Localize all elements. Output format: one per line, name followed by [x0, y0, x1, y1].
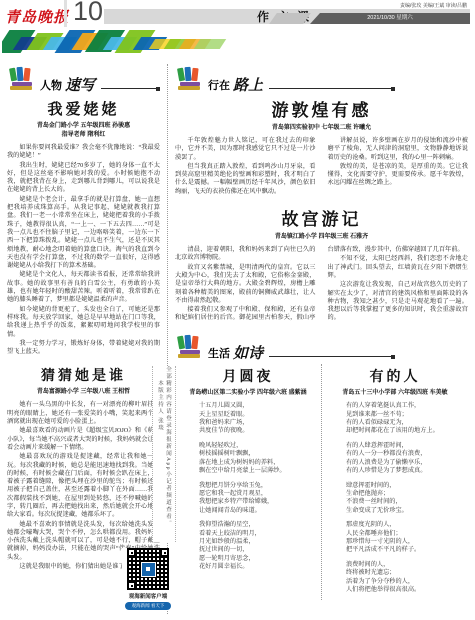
books-icon [175, 66, 205, 92]
badge-label-part1: 生活 [208, 349, 230, 360]
poem-stanzas: 有的人穿着笔挺认真工作，见到谁来都一丝不苟；有的人看似碌碌无为，却把时间都花在了… [326, 402, 464, 594]
decor-stripe [194, 39, 226, 49]
paragraph: 我一定努力学习，锻炼好身体，带着姥姥对我的期望飞上蓝天。 [7, 340, 160, 357]
poems-row: 月圆夜 青岛崂山区第二实验小学 四年级六班 盛紫涵 十五月儿圆又圆，天上星星眨着… [175, 364, 468, 600]
article-byline: 青岛金门路小学 五年级四班 孙骏惠 [7, 122, 160, 131]
article-byline: 青岛富源路小学 三年级八班 王相哲 [7, 388, 160, 397]
qr-finder-icon [127, 581, 136, 590]
books-icon [7, 66, 37, 92]
stanza: 十五月儿圆又圆，天上星星眨着眼。我和爸妈来广场，共度佳节的夜晚。 [199, 402, 317, 436]
paragraph: 敦煌的美，是苍凉的美，是厚重的美。它让我懂得，文化需要守护，更需要传承。愿千年敦… [328, 163, 469, 188]
badge-label-part1: 行在 [208, 81, 230, 92]
badge-underline [269, 88, 393, 89]
poem-stanzas: 十五月儿圆又圆，天上星星眨着眼。我和爸妈来广场，共度佳节的夜晚。晚风轻轻吹过，树… [179, 402, 317, 571]
poem-byline: 青岛五十三中小学部 六年级四班 车美敏 [326, 389, 464, 398]
qr-finder-icon [160, 548, 169, 557]
article-byline: 青岛第四实验初中 七年级二班 许曦允 [175, 124, 468, 133]
date-bar: 2021/10/30 星期六 [310, 13, 470, 24]
paragraph: 不知不觉，太阳已经西斜，我们恋恋不舍地走出了神武门。回头望去，红墙黄瓦在夕阳下熠… [328, 255, 469, 280]
stanza: 有的人穿着笔挺认真工作，见到谁来都一丝不苟；有的人看似碌碌无为，却把时间都花在了… [346, 402, 464, 436]
paragraph: 讲解员说，许多壁画在岁月的侵蚀和流沙中被磨平了棱角，无人问津的洞窟里，文物静静地… [328, 137, 469, 162]
section-badge-renwu-suxie: 人物 速写 [7, 64, 160, 92]
date-text: 2021/10/30 星期六 [367, 15, 413, 21]
article-byline: 青岛镇江路小学 四年级三班 石雅齐 [175, 233, 468, 242]
paragraph: 故宫又名紫禁城，是明清两代的皇宫。它以三大殿为中心，我们先去了太和殿，它俗称金銮… [175, 264, 316, 305]
article-byline-teacher: 指导老师 隋利红 [7, 131, 160, 140]
badge-label-part2: 路上 [233, 79, 263, 93]
qr-block: 观海新闻客户端 观海新闻 看天下 [122, 548, 174, 610]
qr-label: 观海新闻客户端 [122, 592, 174, 600]
page-host-credit: 本版主持人 张琰 [156, 380, 164, 432]
article-title-dunhuang: 游敦煌有感 [175, 96, 468, 121]
badge-label-part1: 人物 [40, 81, 62, 92]
editor-credits: 责编/张玫 美编/王斌 审读/吕鹏 [400, 2, 467, 9]
stanza: 晚风轻轻吹过，树枝摇摇树叶飘飘，落在地上成为树妈妈的养料，飘在空中给月亮蒙上一层… [199, 442, 317, 476]
books-icon [175, 334, 205, 360]
stanza: 那虚度光阴的人，人民全都唾弃他们；那珍惜每一寸光阴的人，把平凡活成不平凡的样子。 [346, 521, 464, 555]
left-column: 人物 速写 我爱姥姥 青岛金门路小学 五年级四班 孙骏惠 指导老师 隋利红 如果… [7, 64, 160, 616]
paragraph: 千年敦煌魅力世人铭记，可在我过去的印象中，它并不美，因为那时我感觉它只不过是一片… [175, 137, 316, 162]
stanza: 肆意挥霍时间的，生命把他抛弃；不浪费一丝时间的，生命变成了无价珍宝。 [346, 482, 464, 516]
article-body-dunhuang: 千年敦煌魅力世人铭记，可在我过去的印象中，它并不美，因为那时我感觉它只不过是一片… [175, 137, 468, 196]
page-number: 10 [64, 0, 103, 27]
paragraph: 如果你要问我最爱谁？我会毫不犹豫地说：“我最爱我的姥姥！” [7, 144, 160, 161]
paragraph: 她有一头乌黑的中长发，有一对漂亮的柳叶眉挂在明亮的眼睛上，她还有一张爱笑的小嘴，… [7, 401, 160, 426]
article-body-laolao: 如果你要问我最爱谁？我会毫不犹豫地说：“我最爱我的姥姥！”我出生时，姥姥已经70… [7, 144, 160, 356]
paragraph: 这次游览让我发现，自己对故宫悠久历史的了解实在太少了，对清宫的建筑风格和里面陈设… [328, 281, 469, 322]
paragraph: 她最喜欢玩的游戏是捉迷藏，经常让我和她一起玩。每次我藏的时候，她总是能迅速地找到… [7, 453, 160, 519]
qr-slogan-badge: 观海新闻 看天下 [125, 602, 171, 610]
paragraph: 她最喜欢看的动画片是《超级宝贝JOJO》和《萌鸡小队》，每当她不高兴或者大哭的时… [7, 427, 160, 452]
qr-center-logo-icon [141, 562, 156, 577]
section-badge-xingzai-lushang: 行在 路上 [175, 64, 395, 92]
stanza: 我仰望浩瀚的星空，看着天上皎洁的明月，月光如纱般的温柔，抚过世间的一切，愿一轮明… [199, 521, 317, 571]
newspaper-page: 青岛晚报 10 作文课 责编/张玫 美编/王斌 审读/吕鹏 2021/10/30… [0, 0, 475, 620]
poem-title: 有的人 [326, 366, 464, 386]
article-title-laolao: 我爱姥姥 [7, 98, 160, 119]
paragraph: 我出生时，姥姥已经70多岁了，她的身体一直不太好，但是这丝毫不影响她对我的爱。小… [7, 162, 160, 195]
poem-yueyuanye: 月圆夜 青岛崂山区第二实验小学 四年级六班 盛紫涵 十五月儿圆又圆，天上星星眨着… [175, 364, 321, 600]
article-title-caicai: 猜猜她是谁 [7, 365, 160, 385]
paragraph: 姥姥是个文化人，每天都读书看报，还常常给我讲故事。她的故事里有善良的白雪公主，有… [7, 271, 160, 304]
badge-underline [101, 88, 158, 89]
badge-underline [269, 356, 393, 357]
paragraph: 姥姥是个老会计，最拿手的就是打算盘，她一直想把我培养成珠算高手。从我记事起，姥姥… [7, 196, 160, 271]
app-note-text: 全部精彩内容请登录海报新闻App小记者频道查看。 [165, 366, 171, 527]
masthead-logo: 青岛晚报 [5, 6, 69, 27]
poem-title: 月圆夜 [179, 366, 317, 386]
badge-label-part2: 如诗 [233, 347, 263, 361]
decor-stripes [2, 30, 332, 58]
article-title-gugong: 故宫游记 [175, 205, 468, 230]
poem-youderen: 有的人 青岛五十三中小学部 六年级四班 车美敏 有的人穿着笔挺认真工作，见到谁来… [321, 364, 468, 600]
article-body-caicai: 她有一头乌黑的中长发，有一对漂亮的柳叶眉挂在明亮的眼睛上，她还有一张爱笑的小嘴，… [7, 401, 160, 571]
paragraph: 清晨，迎着朝阳，我和妈妈来到了向往已久的北京故宫博物院。 [175, 246, 316, 263]
qr-finder-icon [127, 548, 136, 557]
poem-byline: 青岛崂山区第二实验小学 四年级六班 盛紫涵 [179, 389, 317, 398]
qr-code [127, 548, 169, 590]
badge-label-part2: 速写 [65, 79, 95, 93]
paragraph: 如今姥姥的背更驼了，头发也全白了，可她还是那样疼我。每天放学回家，她总是早早地站… [7, 306, 160, 339]
paragraph: 但当我真正踏入敦煌，看到鸣沙山月牙泉，看到莫高窟里精美绝伦的壁画和彩塑时，我才明… [175, 163, 316, 196]
stanza: 有的人肆意挥霍时间，有的人一分一秒都没有浪费，有的人浪费是为了偷懒享乐，有的人珍… [346, 442, 464, 476]
section-badge-shenghuo-rushi: 生活 如诗 [175, 332, 395, 360]
stanza: 浪费时间的人，终将被时光遗忘；活着为了争分夺秒的人，人们将把他举得很高很高。 [346, 561, 464, 595]
main-column: 行在 路上 游敦煌有感 青岛第四实验初中 七年级二班 许曦允 千年敦煌魅力世人铭… [175, 64, 468, 616]
stanza: 我想把月饼分享给玉兔，愿它和我一起赏月观星，我想把家乡特产带给嫦娥，让她闻闻青岛… [199, 482, 317, 516]
app-note: 全部精彩内容请登录海报新闻App小记者频道查看。 本版主持人 张琰 [152, 366, 176, 542]
article-body-gugong: 清晨，迎着朝阳，我和妈妈来到了向往已久的北京故宫博物院。故宫又名紫禁城，是明清两… [175, 246, 468, 323]
